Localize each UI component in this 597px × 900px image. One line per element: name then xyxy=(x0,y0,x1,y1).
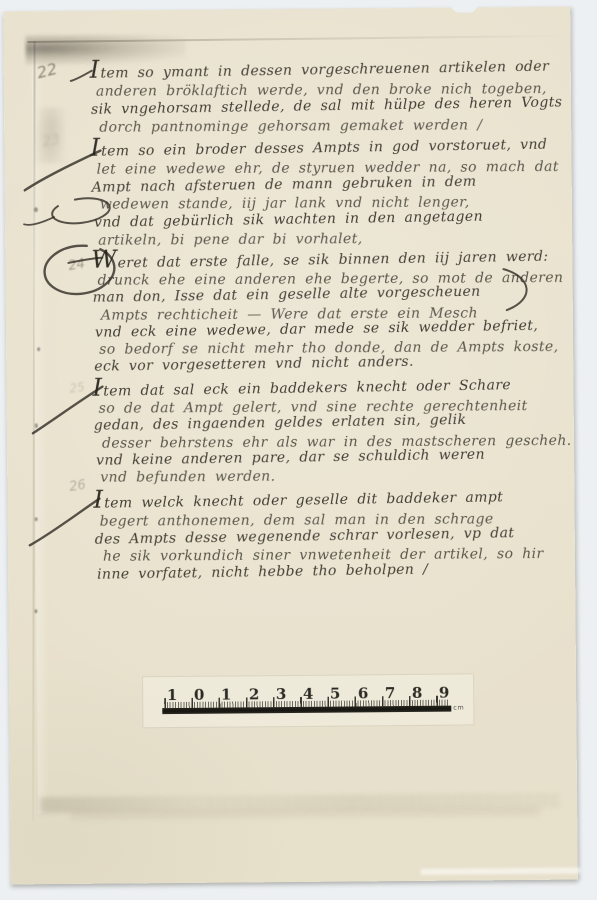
ruler-unit-label: cm xyxy=(453,703,464,711)
archival-scan-background: 22 23 24 25 26 Item so ymant in dessen v… xyxy=(0,0,597,900)
manuscript-paragraph: Item dat sal eck ein baddekers knecht od… xyxy=(92,375,565,487)
manuscript-line: Item dat sal eck ein baddekers knecht od… xyxy=(92,371,564,401)
manuscript-paragraph: Item so ein broder desses Ampts in god v… xyxy=(90,135,563,251)
centimeter-scale-ruler: 1 0 1 2 3 4 5 6 7 8 9 cm xyxy=(142,673,474,728)
ruler-scale-bar xyxy=(162,706,451,715)
manuscript-paragraph: Item welck knecht oder geselle dit badde… xyxy=(93,487,566,585)
manuscript-paragraph: Weret dat erste falle, se sik binnen den… xyxy=(91,247,564,377)
manuscript-paragraph: Item so ymant in dessen vorgeschreuenen … xyxy=(90,57,563,137)
manuscript-line: Item welck knecht oder geselle dit badde… xyxy=(93,483,565,513)
manuscript-photograph: 22 23 24 25 26 Item so ymant in dessen v… xyxy=(3,7,578,885)
manuscript-line: Item so ymant in dessen vorgeschreuenen … xyxy=(90,53,562,82)
manuscript-text-block: Item so ymant in dessen vorgeschreuenen … xyxy=(3,7,578,885)
